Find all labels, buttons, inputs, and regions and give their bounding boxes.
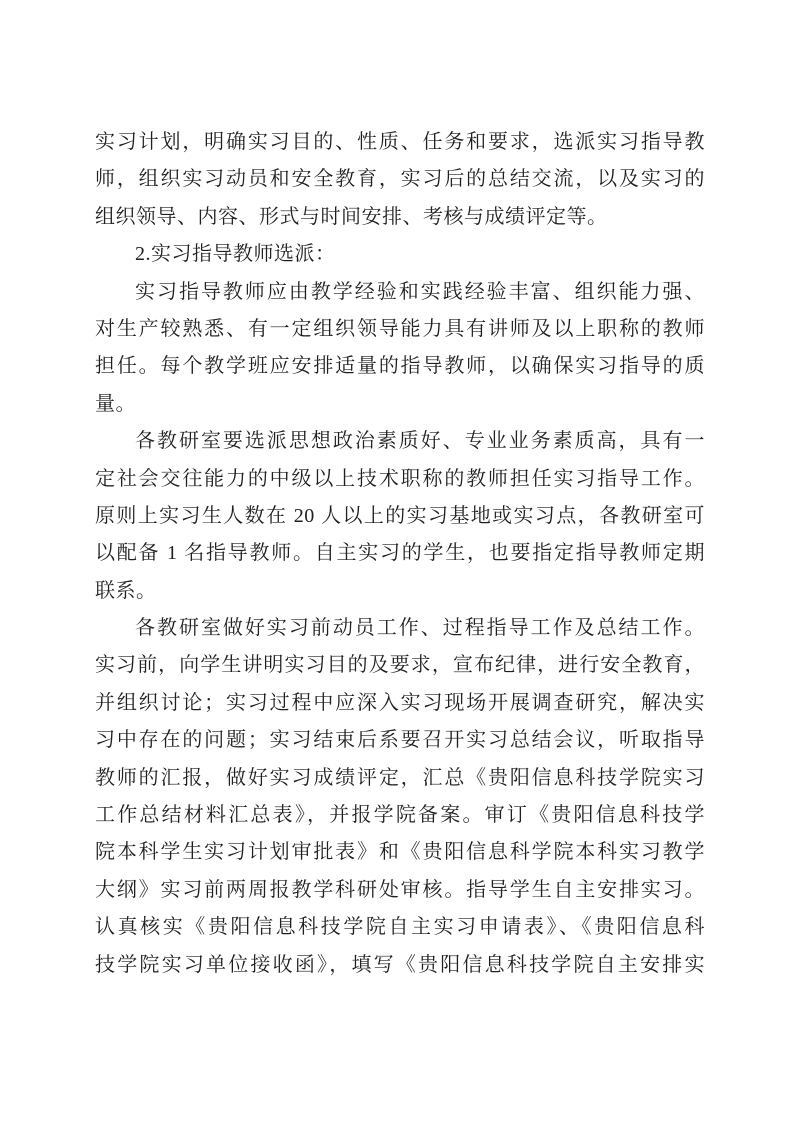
- text-line: 担任。每个教学班应安排适量的指导教师，以确保实习指导的质: [95, 348, 705, 385]
- text-line: 2.实习指导教师选派：: [95, 236, 705, 273]
- text-line: 实习计划，明确实习目的、性质、任务和要求，选派实习指导教: [95, 124, 705, 161]
- text-line: 师，组织实习动员和安全教育，实习后的总结交流，以及实习的: [95, 161, 705, 198]
- text-line: 大纲》实习前两周报教学科研处审核。指导学生自主安排实习。: [95, 872, 705, 909]
- text-line: 教师的汇报，做好实习成绩评定，汇总《贵阳信息科技学院实习: [95, 760, 705, 797]
- text-line: 以配备 1 名指导教师。自主实习的学生，也要指定指导教师定期: [95, 535, 705, 572]
- text-line: 量。: [95, 386, 705, 423]
- text-line: 认真核实《贵阳信息科技学院自主实习申请表》、《贵阳信息科: [95, 909, 705, 946]
- text-line: 工作总结材料汇总表》，并报学院备案。审订《贵阳信息科技学: [95, 797, 705, 834]
- text-line: 院本科学生实习计划审批表》和《贵阳信息科学院本科实习教学: [95, 834, 705, 871]
- text-line: 习中存在的问题；实习结束后系要召开实习总结会议，听取指导: [95, 722, 705, 759]
- text-line: 各教研室做好实习前动员工作、过程指导工作及总结工作。: [95, 610, 705, 647]
- document-body: 实习计划，明确实习目的、性质、任务和要求，选派实习指导教师，组织实习动员和安全教…: [95, 124, 705, 984]
- text-line: 原则上实习生人数在 20 人以上的实习基地或实习点，各教研室可: [95, 498, 705, 535]
- document-page: 实习计划，明确实习目的、性质、任务和要求，选派实习指导教师，组织实习动员和安全教…: [0, 0, 793, 1122]
- text-line: 组织领导、内容、形式与时间安排、考核与成绩评定等。: [95, 199, 705, 236]
- text-line: 实习前，向学生讲明实习目的及要求，宣布纪律，进行安全教育，: [95, 647, 705, 684]
- text-line: 定社会交往能力的中级以上技术职称的教师担任实习指导工作。: [95, 461, 705, 498]
- text-line: 对生产较熟悉、有一定组织领导能力具有讲师及以上职称的教师: [95, 311, 705, 348]
- text-line: 并组织讨论；实习过程中应深入实习现场开展调查研究，解决实: [95, 685, 705, 722]
- text-line: 技学院实习单位接收函》，填写《贵阳信息科技学院自主安排实: [95, 947, 705, 984]
- text-line: 联系。: [95, 573, 705, 610]
- text-line: 各教研室要选派思想政治素质好、专业业务素质高，具有一: [95, 423, 705, 460]
- text-line: 实习指导教师应由教学经验和实践经验丰富、组织能力强、: [95, 274, 705, 311]
